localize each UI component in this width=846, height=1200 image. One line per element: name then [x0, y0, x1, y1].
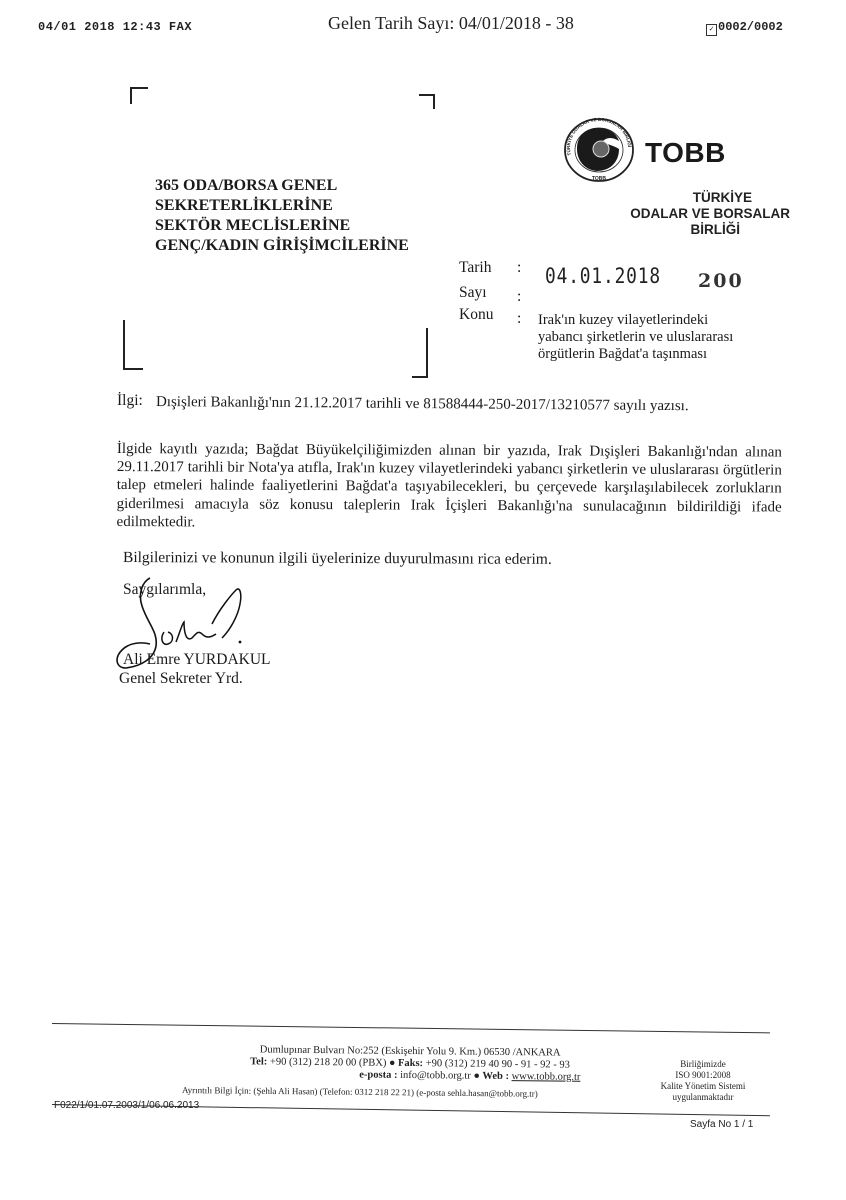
reference-label: İlgi: — [117, 392, 143, 410]
fax-label: Faks: — [398, 1058, 423, 1069]
closing-request: Bilgilerinizi ve konunun ilgili üyelerin… — [123, 549, 552, 569]
iso-line: ISO 9001:2008 — [633, 1070, 773, 1081]
org-line: ODALAR VE BORSALAR — [600, 206, 790, 222]
subject-line: yabancı şirketlerin ve uluslararası — [538, 329, 733, 346]
web-link[interactable]: www.tobb.org.tr — [512, 1071, 581, 1083]
recipient-line: GENÇ/KADIN GİRİŞİMCİLERİNE — [155, 236, 409, 256]
fax-timestamp: 04/01 2018 12:43 FAX — [38, 20, 192, 34]
svg-text:TOBB: TOBB — [592, 176, 606, 182]
reference-text: Dışişleri Bakanlığı'nın 21.12.2017 tarih… — [156, 394, 689, 415]
iso-line: Kalite Yönetim Sistemi — [633, 1081, 773, 1092]
bullet-icon: ● — [473, 1071, 479, 1082]
number-label: Sayı — [459, 284, 487, 302]
recipient-line: SEKTÖR MECLİSLERİNE — [155, 216, 409, 236]
footer-divider-top — [52, 1023, 770, 1033]
page-number: Sayfa No 1 / 1 — [690, 1119, 753, 1130]
body-paragraph: İlgide kayıtlı yazıda; Bağdat Büyükelçil… — [117, 440, 782, 534]
brand-name: TOBB — [645, 137, 726, 169]
tobb-seal-icon: TOBB TÜRKİYE ODALAR VE BORSALAR BİRLİĞİ — [561, 115, 641, 185]
subject-line: Irak'ın kuzey vilayetlerindeki — [538, 312, 733, 329]
recipients-block: 365 ODA/BORSA GENEL SEKRETERLİKLERİNE SE… — [155, 176, 409, 256]
organization-name: TÜRKİYE ODALAR VE BORSALAR BİRLİĞİ — [600, 190, 790, 238]
org-line: BİRLİĞİ — [600, 222, 790, 238]
org-line: TÜRKİYE — [600, 190, 790, 206]
signatory-title: Genel Sekreter Yrd. — [119, 670, 243, 688]
date-label: Tarih — [459, 259, 491, 277]
received-date-number: Gelen Tarih Sayı: 04/01/2018 - 38 — [328, 13, 574, 34]
contact-details: Ayrıntılı Bilgi İçin: (Şehla Ali Hasan) … — [182, 1085, 538, 1099]
subject-label: Konu — [459, 306, 493, 324]
iso-line: uygulanmaktadır — [633, 1092, 773, 1103]
address-window-corner-bottom-right — [412, 328, 428, 378]
fax-page-counter: ✓0002/0002 — [706, 20, 783, 36]
recipient-line: 365 ODA/BORSA GENEL — [155, 176, 409, 196]
web-label: Web : — [482, 1071, 509, 1082]
reference-number-stamp: 200 — [698, 270, 744, 292]
subject-line: örgütlerin Bağdat'a taşınması — [538, 346, 733, 363]
bullet-icon: ● — [389, 1058, 395, 1069]
iso-notice: Birliğimizde ISO 9001:2008 Kalite Yöneti… — [633, 1059, 773, 1103]
date-stamp: 04.01.2018 — [545, 264, 661, 288]
signatory-name: Ali Emre YURDAKUL — [123, 651, 271, 669]
tel-label: Tel: — [250, 1056, 267, 1067]
iso-line: Birliğimizde — [633, 1059, 773, 1070]
email-label: e-posta : — [359, 1069, 397, 1080]
fax-page-number: 0002/0002 — [718, 20, 783, 34]
address-window-corner-bottom-left — [123, 320, 143, 370]
tel-value: +90 (312) 218 20 00 (PBX) — [270, 1057, 387, 1069]
form-code: F022/1/01.07.2003/1/06.06.2013 — [54, 1100, 199, 1111]
address-window-corner-top-right — [419, 94, 435, 109]
subject-text: Irak'ın kuzey vilayetlerindeki yabancı ş… — [538, 312, 733, 363]
fax-page-icon: ✓ — [706, 24, 717, 36]
address-window-corner-top-left — [130, 87, 148, 104]
fax-value: +90 (312) 219 40 90 - 91 - 92 - 93 — [426, 1058, 570, 1071]
number-colon: : — [517, 288, 521, 306]
subject-colon: : — [517, 310, 521, 328]
date-colon: : — [517, 259, 521, 277]
footer-address-block: Dumlupınar Bulvarı No:252 (Eskişehir Yol… — [200, 1044, 620, 1084]
email-link[interactable]: info@tobb.org.tr — [400, 1070, 471, 1082]
recipient-line: SEKRETERLİKLERİNE — [155, 196, 409, 216]
